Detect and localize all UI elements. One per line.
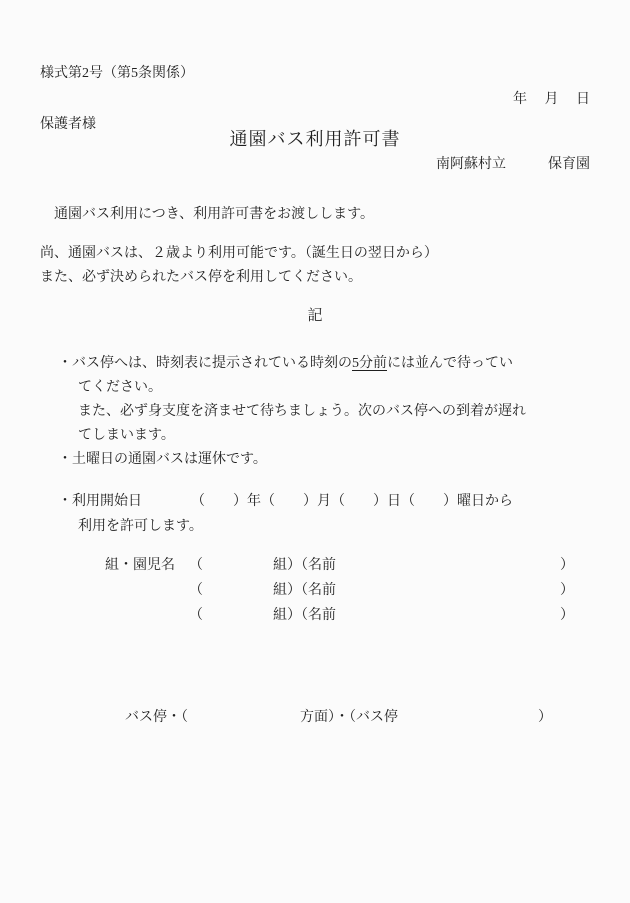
- roster-row: （ 組）（名前 ）: [105, 603, 574, 628]
- note-line-age: 尚、通園バスは、２歳より利用可能です。（誕生日の翌日から）: [40, 242, 438, 266]
- rule-wait-line2: てください。: [58, 376, 526, 400]
- roster-label-spacer: [105, 603, 189, 628]
- rule-wait-line1: ・バス停へは、時刻表に提示されている時刻の5分前には並んで待ってい: [58, 352, 526, 376]
- rule-wait-line3: また、必ず身支度を済ませて待ちましょう。次のバス停への到着が遅れ: [58, 400, 526, 424]
- rule-saturday: ・土曜日の通園バスは運休です。: [58, 448, 526, 472]
- roster-row: （ 組）（名前 ）: [105, 578, 574, 603]
- rule-wait-text-pre: ・バス停へは、時刻表に提示されている時刻の: [58, 356, 352, 371]
- permission-line: 利用を許可します。: [58, 514, 513, 539]
- note-line-busstop: また、必ず決められたバス停を利用してください。: [40, 266, 438, 290]
- start-date-line: ・利用開始日 （ ）年（ ）月（ ）日（ ）曜日から: [58, 489, 513, 514]
- rule-wait-text-underlined: 5分前: [352, 356, 387, 371]
- issue-date-line: 年 月 日: [513, 90, 590, 110]
- bus-stop-line: バス停・（ 方面）・（バス停 ）: [125, 708, 552, 728]
- roster-label-spacer: [105, 578, 189, 603]
- roster-fields: （ 組）（名前 ）: [189, 553, 574, 578]
- document-page: 様式第2号（第5条関係） 年 月 日 保護者様 通園バス利用許可書 南阿蘇村立 …: [0, 0, 630, 903]
- roster-fields: （ 組）（名前 ）: [189, 578, 574, 603]
- rule-wait-line4: てしまいます。: [58, 424, 526, 448]
- roster-label: 組・園児名: [105, 553, 189, 578]
- intro-paragraph: 通園バス利用につき、利用許可書をお渡しします。: [54, 205, 374, 225]
- record-heading: 記: [0, 306, 630, 326]
- rule-wait-text-post: には並んで待ってい: [387, 356, 513, 371]
- issuer-line: 南阿蘇村立 保育園: [436, 155, 590, 175]
- start-date-section: ・利用開始日 （ ）年（ ）月（ ）日（ ）曜日から 利用を許可します。: [58, 489, 513, 539]
- rules-list: ・バス停へは、時刻表に提示されている時刻の5分前には並んで待ってい てください。…: [58, 352, 526, 472]
- document-title: 通園バス利用許可書: [0, 126, 630, 152]
- note-paragraph: 尚、通園バスは、２歳より利用可能です。（誕生日の翌日から） また、必ず決められた…: [40, 242, 438, 289]
- roster-row: 組・園児名 （ 組）（名前 ）: [105, 553, 574, 578]
- form-number-label: 様式第2号（第5条関係）: [40, 64, 194, 84]
- roster-fields: （ 組）（名前 ）: [189, 603, 574, 628]
- roster-section: 組・園児名 （ 組）（名前 ） （ 組）（名前 ） （ 組）（名前 ）: [105, 553, 574, 628]
